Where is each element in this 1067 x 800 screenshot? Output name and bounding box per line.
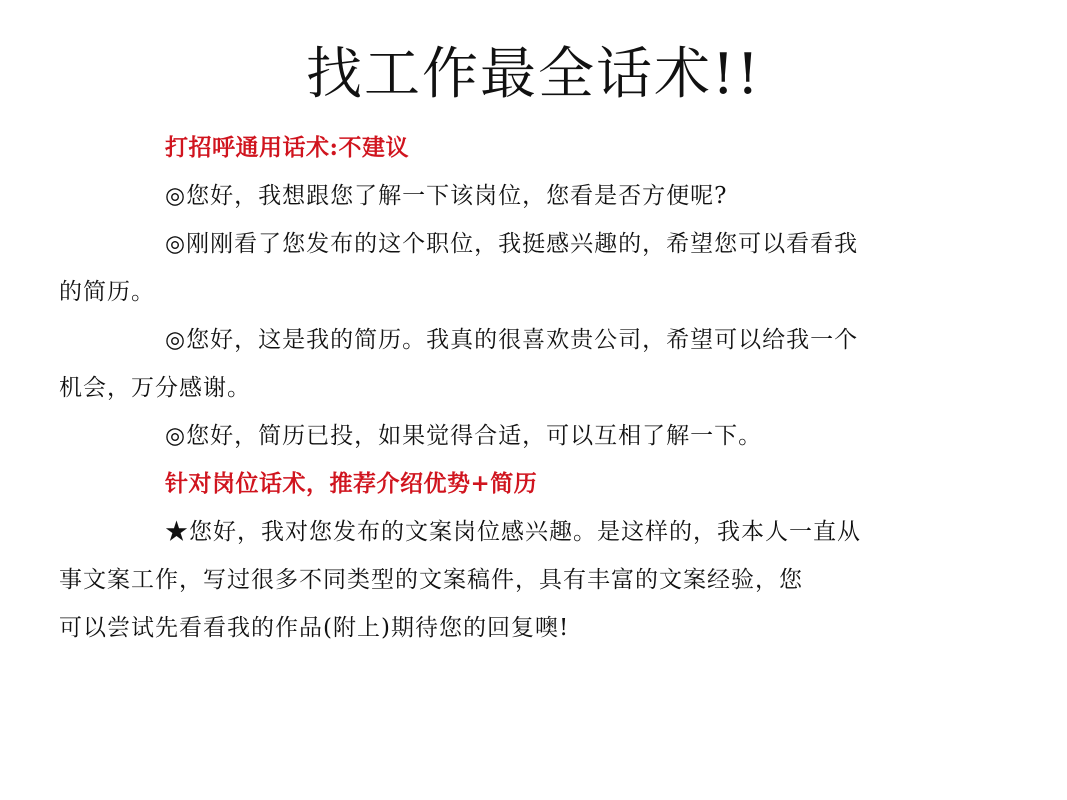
paragraph-line: 事文案工作，写过很多不同类型的文案稿件，具有丰富的文案经验，您 — [59, 567, 803, 593]
paragraph-line: 的简历。 — [59, 279, 155, 305]
section-heading-targeted: 针对岗位话术，推荐介绍优势+简历 — [112, 460, 942, 508]
paragraph-targeted-1: ★您好，我对您发布的文案岗位感兴趣。是这样的，我本人一直从 事文案工作，写过很多… — [112, 508, 942, 652]
paragraph-line: ◎您好，这是我的简历。我真的很喜欢贵公司，希望可以给我一个 — [165, 327, 858, 353]
paragraph-line: ◎您好，简历已投，如果觉得合适，可以互相了解一下。 — [165, 423, 762, 449]
paragraph-line: ★您好，我对您发布的文案岗位感兴趣。是这样的，我本人一直从 — [165, 519, 861, 545]
paragraph-line: 可以尝试先看看我的作品(附上)期待您的回复噢! — [59, 615, 569, 641]
paragraph-line: ◎您好，我想跟您了解一下该岗位，您看是否方便呢? — [112, 172, 942, 220]
document-body: 打招呼通用话术:不建议 ◎您好，我想跟您了解一下该岗位，您看是否方便呢? ◎刚刚… — [112, 124, 942, 652]
paragraph-greeting-4: ◎您好，简历已投，如果觉得合适，可以互相了解一下。 — [112, 412, 942, 460]
paragraph-greeting-2: ◎刚刚看了您发布的这个职位，我挺感兴趣的，希望您可以看看我 的简历。 — [112, 220, 942, 316]
document-title: 找工作最全话术!! — [0, 40, 1067, 110]
section-heading-greeting: 打招呼通用话术:不建议 — [112, 124, 942, 172]
paragraph-line: 机会，万分感谢。 — [59, 375, 251, 401]
paragraph-line: ◎刚刚看了您发布的这个职位，我挺感兴趣的，希望您可以看看我 — [165, 231, 858, 257]
paragraph-greeting-3: ◎您好，这是我的简历。我真的很喜欢贵公司，希望可以给我一个 机会，万分感谢。 — [112, 316, 942, 412]
paragraph-greeting-1: ◎您好，我想跟您了解一下该岗位，您看是否方便呢? — [112, 172, 942, 220]
